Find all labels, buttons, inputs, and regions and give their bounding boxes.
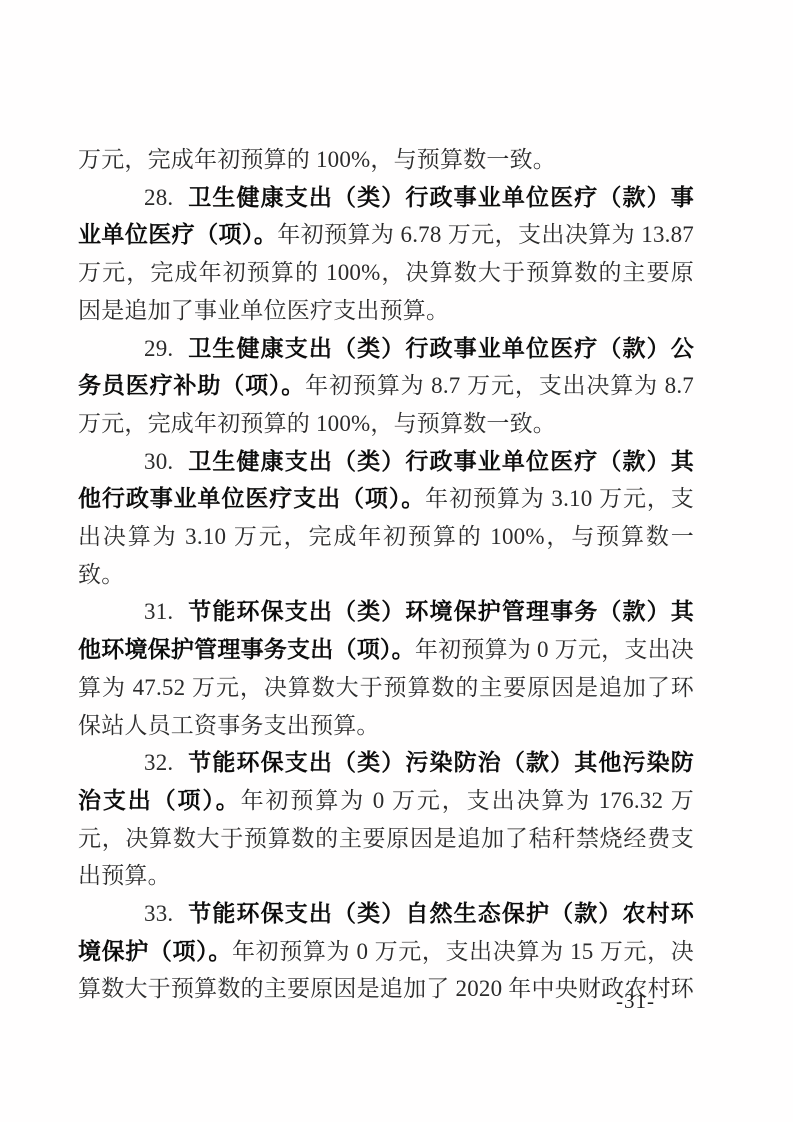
item-number: 30. (144, 449, 173, 474)
item-number: 33. (144, 901, 173, 926)
item-number: 28. (144, 185, 173, 210)
continuation-line: 万元，完成年初预算的 100%，与预算数一致。 (78, 141, 694, 179)
text-block: 万元，完成年初预算的 100%，与预算数一致。 28.卫生健康支出（类）行政事业… (78, 141, 694, 1008)
item-number: 29. (144, 336, 173, 361)
paragraph-item-30: 30.卫生健康支出（类）行政事业单位医疗（款）其他行政事业单位医疗支出（项）。年… (78, 443, 694, 594)
document-page: 万元，完成年初预算的 100%，与预算数一致。 28.卫生健康支出（类）行政事业… (0, 0, 793, 1122)
paragraph-item-28: 28.卫生健康支出（类）行政事业单位医疗（款）事业单位医疗（项）。年初预算为 6… (78, 179, 694, 330)
item-number: 32. (144, 750, 173, 775)
continuation-text: 万元，完成年初预算的 100%，与预算数一致。 (78, 147, 556, 172)
paragraph-item-32: 32.节能环保支出（类）污染防治（款）其他污染防治支出（项）。年初预算为 0 万… (78, 744, 694, 895)
paragraph-item-31: 31.节能环保支出（类）环境保护管理事务（款）其他环境保护管理事务支出（项）。年… (78, 593, 694, 744)
item-number: 31. (144, 599, 173, 624)
paragraph-item-33: 33.节能环保支出（类）自然生态保护（款）农村环境保护（项）。年初预算为 0 万… (78, 895, 694, 1008)
paragraph-item-29: 29.卫生健康支出（类）行政事业单位医疗（款）公务员医疗补助（项）。年初预算为 … (78, 330, 694, 443)
page-number: -31- (616, 989, 655, 1014)
